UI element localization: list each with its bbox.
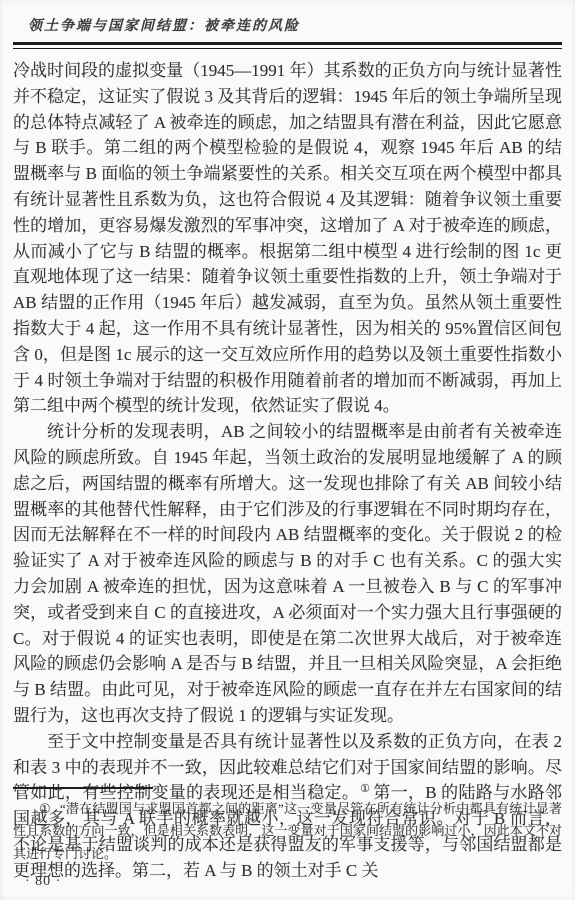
running-header-title: 领土争端与国家间结盟：被牵连的风险 xyxy=(13,15,562,35)
header-double-rule xyxy=(13,42,562,49)
footnote-separator-rule xyxy=(13,787,153,789)
running-header: 领土争端与国家间结盟：被牵连的风险 xyxy=(0,0,575,49)
paragraph-statistical-findings: 统计分析的发现表明，AB 之间较小的结盟概率是由前者有关被牵连风险的顾虑所致。自… xyxy=(13,419,562,729)
header-rule-thick xyxy=(13,42,562,45)
paragraph-continuation: 冷战时间段的虚拟变量（1945—1991 年）其系数的正负方向与统计显著性并不稳… xyxy=(13,58,562,419)
footnote-text: “潜在结盟国与求盟国首都之间的距离”这一变量尽管在所有统计分析中都具有统计显著性… xyxy=(13,801,562,861)
page-footer: ①“潜在结盟国与求盟国首都之间的距离”这一变量尽管在所有统计分析中都具有统计显著… xyxy=(13,787,562,891)
book-page: 领土争端与国家间结盟：被牵连的风险 冷战时间段的虚拟变量（1945—1991 年… xyxy=(0,0,575,900)
header-rule-thin xyxy=(13,48,562,49)
footnote: ①“潜在结盟国与求盟国首都之间的距离”这一变量尽管在所有统计分析中都具有统计显著… xyxy=(13,798,562,866)
page-number: · 80 · xyxy=(13,874,562,890)
page-body: 冷战时间段的虚拟变量（1945—1991 年）其系数的正负方向与统计显著性并不稳… xyxy=(0,58,575,884)
footnote-marker: ① xyxy=(39,801,51,816)
